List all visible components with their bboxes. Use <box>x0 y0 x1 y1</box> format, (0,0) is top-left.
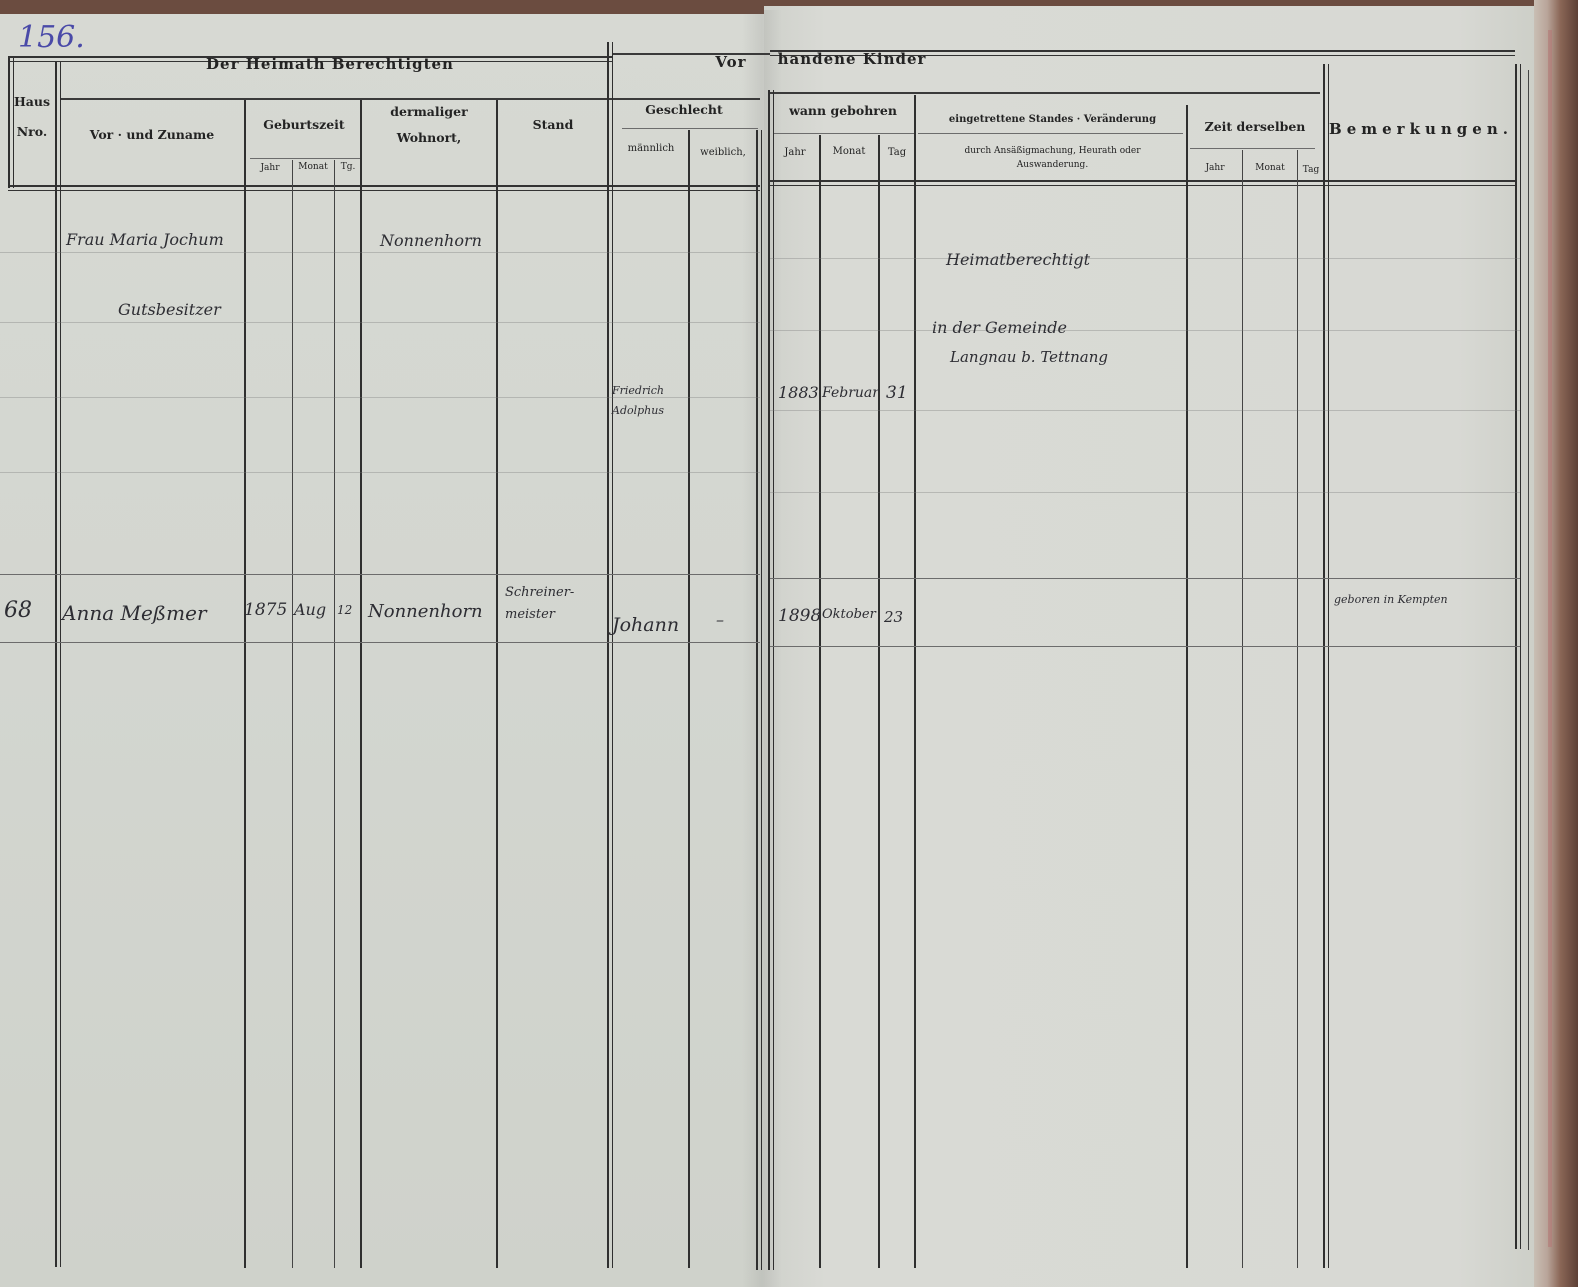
zeit-jahr-column-line <box>1242 150 1243 1268</box>
entry2-child-year: 1898 <box>778 606 821 626</box>
ruled-line <box>0 397 760 398</box>
entry1-name: Frau Maria Jochum <box>66 230 224 249</box>
header-standes-veraenderung: eingetrettene Standes · Veränderung <box>920 114 1185 125</box>
header-stand: Stand <box>500 117 606 132</box>
entry2-birth-month: Aug <box>294 600 326 619</box>
page-edge-strip <box>1548 30 1552 1247</box>
zeit-derselben-divider <box>1190 148 1315 149</box>
header-weiblich: weiblich, <box>690 147 756 158</box>
zeit-monat-column-line <box>1297 150 1298 1268</box>
header-bottom-left <box>8 185 760 191</box>
entry2-bemerkungen: geboren in Kempten <box>1334 593 1448 606</box>
haus-nro-column-line <box>55 62 61 1267</box>
ruled-line <box>0 472 760 473</box>
standes-column-line <box>1186 105 1188 1268</box>
ruled-line <box>0 322 760 323</box>
header-geburt-jahr: Jahr <box>250 163 290 173</box>
monat-column-line <box>334 160 335 1268</box>
header-vor-und-zuname: Vor · und Zuname <box>62 127 242 142</box>
entry1-status-line1: Heimatberechtigt <box>946 250 1090 269</box>
title-row-divider-left <box>60 98 760 100</box>
entry2-wohnort: Nonnenhorn <box>368 601 483 622</box>
maennlich-column-line <box>688 130 690 1268</box>
header-zeit-tag: Tag <box>1299 165 1323 175</box>
entry-separator <box>770 646 1520 647</box>
entry2-child-month: Oktober <box>822 607 876 622</box>
left-outer-border <box>8 58 14 188</box>
ruled-line <box>770 410 1520 411</box>
geschlecht-divider <box>622 128 758 129</box>
header-child-tag: Tag <box>880 147 914 158</box>
geburtszeit-column-line <box>360 100 362 1268</box>
entry2-birth-year: 1875 <box>244 600 287 620</box>
entry1-child-male-line1: Friedrich <box>612 384 664 397</box>
entry1-child-year: 1883 <box>778 383 819 402</box>
entry1-child-day: 31 <box>886 383 908 403</box>
ruled-line <box>0 252 760 253</box>
header-geburtszeit: Geburtszeit <box>248 117 360 132</box>
entry-separator <box>0 642 760 643</box>
ruled-line <box>770 330 1520 331</box>
ruled-line <box>770 258 1520 259</box>
header-title-mid: Vor <box>706 53 756 71</box>
header-geburt-tag: Tg. <box>336 162 360 172</box>
entry-separator <box>770 578 1520 579</box>
entry1-child-male-line2: Adolphus <box>612 404 664 417</box>
stand-column-line <box>607 42 613 1268</box>
header-standes-sub-2: Auswanderung. <box>920 160 1185 170</box>
entry2-stand-line2: meister <box>505 607 555 622</box>
header-standes-sub-1: durch Ansäßigmachung, Heurath oder <box>920 146 1185 156</box>
entry1-occupation: Gutsbesitzer <box>118 300 221 319</box>
header-title-left: Der Heimath Berechtigten <box>190 55 470 73</box>
header-zeit-monat: Monat <box>1244 163 1296 173</box>
entry1-status-line2: in der Gemeinde <box>932 318 1067 337</box>
page-number: 156. <box>18 20 85 55</box>
right-outer-border <box>1515 64 1521 1249</box>
book-edge <box>1534 0 1578 1287</box>
book-background: 156. Der Heimath Berechtigten V <box>0 0 1578 1287</box>
header-child-monat: Monat <box>821 146 877 157</box>
entry1-child-month: Februar <box>822 385 879 401</box>
header-dermaliger: dermaliger <box>364 104 494 119</box>
entry2-stand-line1: Schreiner- <box>505 585 574 600</box>
entry2-haus-nro: 68 <box>4 598 32 623</box>
page-edge-line <box>1528 70 1529 1250</box>
header-bottom-right <box>770 180 1515 186</box>
ruled-line <box>770 492 1520 493</box>
header-wann-gebohren: wann gebohren <box>772 103 914 118</box>
header-wohnort: Wohnort, <box>364 130 494 145</box>
header-haus: Haus <box>8 94 56 109</box>
header-bemerkungen: Bemerkungen. <box>1328 120 1514 138</box>
child-tag-column-line <box>914 95 916 1268</box>
entry2-birth-day: 12 <box>337 603 352 617</box>
standes-divider <box>918 133 1183 134</box>
bemerkungen-column-line <box>1323 64 1329 1268</box>
entry2-child-day: 23 <box>884 608 903 626</box>
title-row-divider-right <box>770 92 1320 94</box>
right-page-left-border <box>768 90 774 1270</box>
header-nro: Nro. <box>8 124 56 139</box>
wann-gebohren-divider <box>774 133 914 134</box>
name-column-line <box>244 100 246 1268</box>
header-geburt-monat: Monat <box>293 162 333 172</box>
left-page-right-border <box>756 130 762 1270</box>
header-zeit-jahr: Jahr <box>1190 163 1240 173</box>
header-maennlich: männlich <box>616 143 686 154</box>
wohnort-column-line <box>496 100 498 1268</box>
entry2-child-male: Johann <box>612 614 679 636</box>
entry2-name: Anna Meßmer <box>62 601 207 625</box>
entry1-status-line3: Langnau b. Tettnang <box>950 348 1108 366</box>
child-jahr-column-line <box>819 135 821 1268</box>
geburtszeit-divider <box>250 158 360 159</box>
entry1-wohnort: Nonnenhorn <box>380 231 482 250</box>
header-geschlecht: Geschlecht <box>614 102 754 117</box>
entry2-child-female: – <box>716 610 724 629</box>
header-title-right: handene Kinder <box>772 50 932 68</box>
child-monat-column-line <box>878 135 880 1268</box>
header-child-jahr: Jahr <box>772 147 818 158</box>
left-page <box>0 14 764 1287</box>
header-zeit-derselben: Zeit derselben <box>1188 119 1322 134</box>
entry-separator <box>0 574 760 575</box>
jahr-column-line <box>292 160 293 1268</box>
